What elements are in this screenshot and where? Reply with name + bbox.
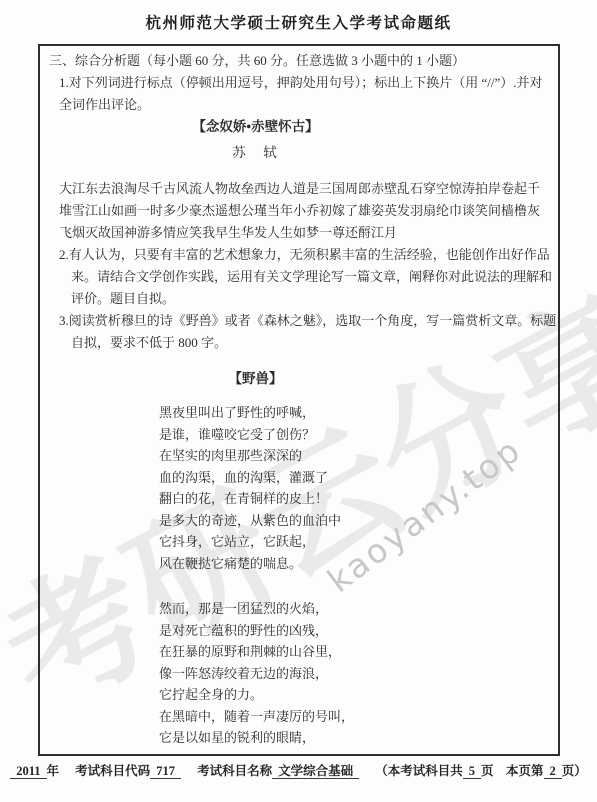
question-2-line: 来。请结合文学创作实践，运用有关文学理论写一篇文章，阐释你对此说法的理解和: [49, 266, 550, 288]
poem-line: 是谁，谁噬咬它受了创伤？: [159, 424, 550, 446]
question-1-line: 1.对下列词进行标点（停顿出用逗号，押韵处用句号）；标出上下换片（用 “//”）…: [49, 72, 550, 94]
exam-paper-page: 考研云分享 kaoyany.top 杭州师范大学硕士研究生入学考试命题纸 三、综…: [0, 0, 597, 802]
footer-pages-suffix: 页）: [562, 764, 587, 778]
section-heading: 三、综合分析题（每小题 60 分，共 60 分。任意选做 3 小题中的 1 小题…: [49, 50, 550, 72]
question-1-line: 全词作出评论。: [49, 94, 550, 116]
poem-line: 翻白的花，在青铜样的皮上！: [159, 488, 550, 510]
footer-pages-total: 5: [463, 764, 481, 779]
question-2-line: 评价。题目自拟。: [49, 288, 550, 310]
poem-body: 黑夜里叫出了野性的呼喊， 是谁，谁噬咬它受了创伤？ 在坚实的肉里那些深深的 血的…: [159, 402, 550, 749]
poem-line: 然而，那是一团猛烈的火焰，: [159, 598, 550, 620]
poem-line: 风在鞭挞它痛楚的喘息。: [159, 553, 550, 575]
footer-year-label: 年: [47, 764, 60, 778]
poem-line: 血的沟渠，血的沟渠，灌溉了: [159, 467, 550, 489]
footer-code-value: 717: [150, 764, 181, 779]
question-box: 三、综合分析题（每小题 60 分，共 60 分。任意选做 3 小题中的 1 小题…: [38, 44, 560, 756]
question-2-line: 2.有人认为，只要有丰富的艺术想象力，无须积累丰富的生活经验，也能创作出好作品: [49, 244, 550, 266]
ci-text-line: 飞烟灭故国神游多情应笑我早生华发人生如梦一尊还酹江月: [49, 222, 550, 244]
poem-line: 黑夜里叫出了野性的呼喊，: [159, 402, 550, 424]
poem-title: 【野兽】: [49, 368, 550, 390]
footer-code-label: 考试科目代码: [75, 764, 150, 778]
poem-line: 它是以如星的锐利的眼睛，: [159, 727, 550, 749]
footer-year-value: 2011: [10, 764, 46, 779]
poem-line: 它拧起全身的力。: [159, 684, 550, 706]
page-title: 杭州师范大学硕士研究生入学考试命题纸: [0, 11, 597, 33]
ci-title: 【念奴娇•赤壁怀古】: [49, 116, 550, 138]
question-3-line: 自拟，要求不低于 800 字。: [49, 332, 550, 354]
footer-subject-value: 文学综合基础: [272, 764, 359, 779]
poem-line: 是对死亡蕴积的野性的凶残，: [159, 620, 550, 642]
poem-line: 在狂暴的原野和荆棘的山谷里，: [159, 641, 550, 663]
question-3-line: 3.阅读赏析穆旦的诗《野兽》或者《森林之魅》，选取一个角度，写一篇赏析文章。标题: [49, 310, 550, 332]
poem-line: 在黑暗中，随着一声凄厉的号叫，: [159, 706, 550, 728]
poem-line: 像一阵怒涛绞着无边的海浪，: [159, 663, 550, 685]
footer-pages-mid: 页 本页第: [481, 764, 544, 778]
ci-text-line: 大江东去浪淘尽千古风流人物故垒西边人道是三国周郎赤壁乱石穿空惊涛拍岸卷起千: [49, 178, 550, 200]
stanza-gap: [159, 574, 550, 598]
ci-text-line: 堆雪江山如画一时多少豪杰遥想公瑾当年小乔初嫁了雄姿英发羽扇纶巾谈笑间樯橹灰: [49, 200, 550, 222]
footer-subject-label: 考试科目名称: [197, 764, 272, 778]
ci-author: 苏 轼: [49, 142, 550, 164]
footer-page-number: 2: [544, 764, 562, 779]
footer: 2011年 考试科目代码717 考试科目名称文学综合基础 （本考试科目共5页 本…: [0, 761, 597, 779]
poem-line: 是多大的奇迹，从紫色的血泊中: [159, 510, 550, 532]
poem-line: 在坚实的肉里那些深深的: [159, 445, 550, 467]
footer-pages-prefix: （本考试科目共: [375, 764, 463, 778]
ci-text-block: 大江东去浪淘尽千古风流人物故垒西边人道是三国周郎赤壁乱石穿空惊涛拍岸卷起千 堆雪…: [49, 178, 550, 244]
poem-line: 它抖身，它站立，它跃起，: [159, 531, 550, 553]
